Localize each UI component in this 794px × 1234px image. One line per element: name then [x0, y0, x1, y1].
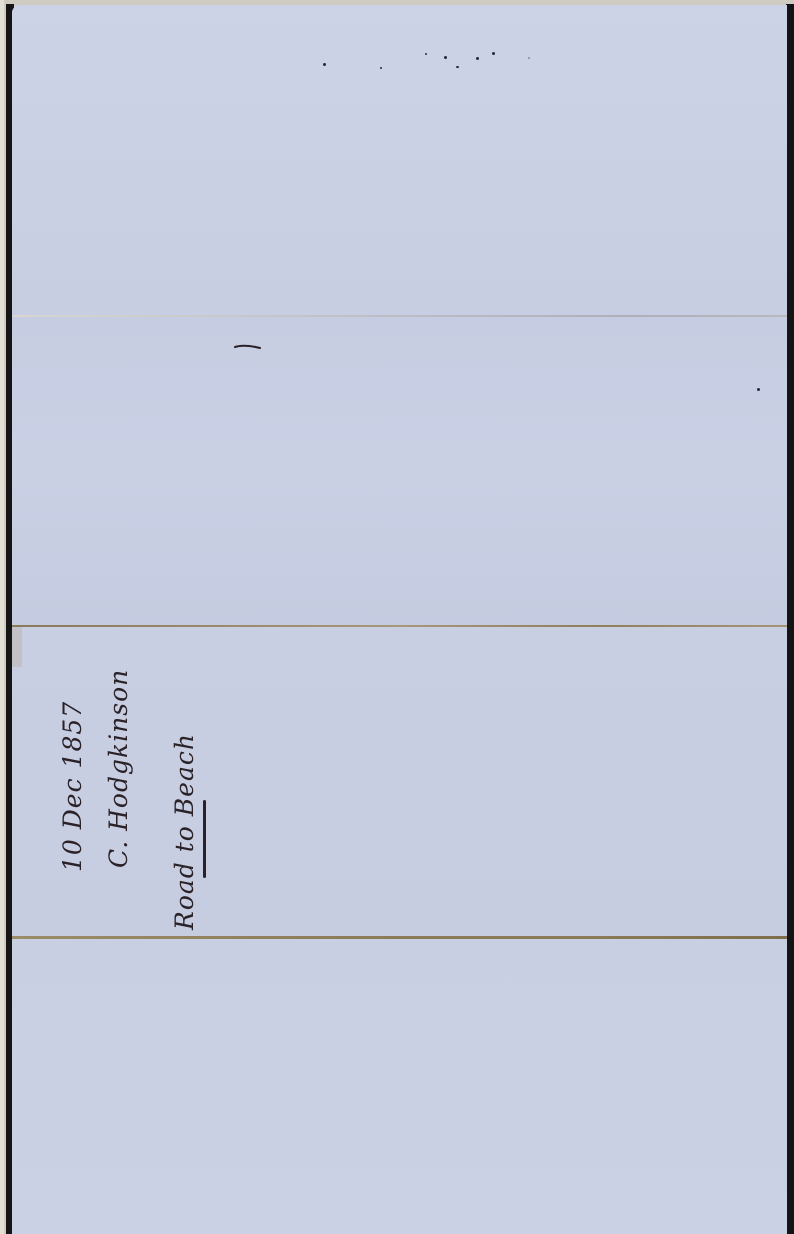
- ink-speck: [476, 57, 479, 60]
- edge-stain: [12, 627, 22, 667]
- fold-line-1: [12, 315, 787, 317]
- ink-speck: [757, 388, 760, 391]
- fold-panel-2: [12, 317, 787, 625]
- fold-panel-4: [12, 938, 787, 1234]
- fold-panel-1: [12, 5, 787, 315]
- ink-speck: [492, 52, 495, 55]
- fold-line-2: [12, 625, 787, 627]
- ink-speck: [380, 67, 382, 69]
- ink-speck: [456, 66, 459, 68]
- docket-date: 10 Dec 1857: [58, 701, 87, 872]
- docket-underline: [203, 800, 206, 878]
- ink-speck: [323, 63, 326, 66]
- ink-speck: [444, 56, 447, 59]
- ink-speck: [528, 57, 530, 59]
- docket-subject: Road to Beach: [170, 733, 199, 930]
- ink-speck: [425, 53, 427, 55]
- pen-stroke-mark: [234, 344, 262, 350]
- fold-line-3: [12, 936, 787, 939]
- document-sheet: [12, 5, 787, 1234]
- scan-backing-right: [786, 4, 794, 1234]
- docket-name: C. Hodgkinson: [104, 669, 133, 868]
